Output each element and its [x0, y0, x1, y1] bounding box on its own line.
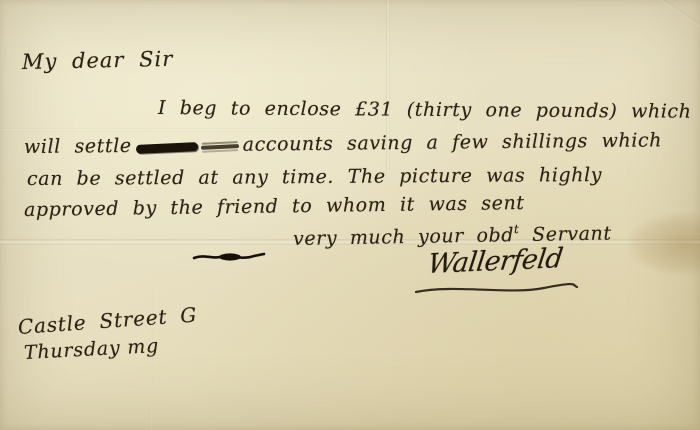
body-line-3: can be settled at any time. The picture …	[27, 164, 602, 190]
letter-photograph: My dear Sir I beg to enclose £31 (thirty…	[0, 0, 700, 430]
ink-blot	[136, 142, 198, 154]
signature: Wallerfeld	[426, 243, 565, 280]
body-line-1: I beg to enclose £31 (thirty one pounds)…	[158, 97, 692, 123]
struck-out-word	[136, 135, 239, 158]
salutation: My dear Sir	[22, 47, 174, 74]
body-line-2-after-strike: accounts saving a few shillings which	[243, 129, 663, 155]
closing-servant: Servant	[519, 222, 611, 246]
body-line-2-before-strike: will settle	[24, 135, 132, 158]
strike-scribble	[201, 144, 239, 150]
